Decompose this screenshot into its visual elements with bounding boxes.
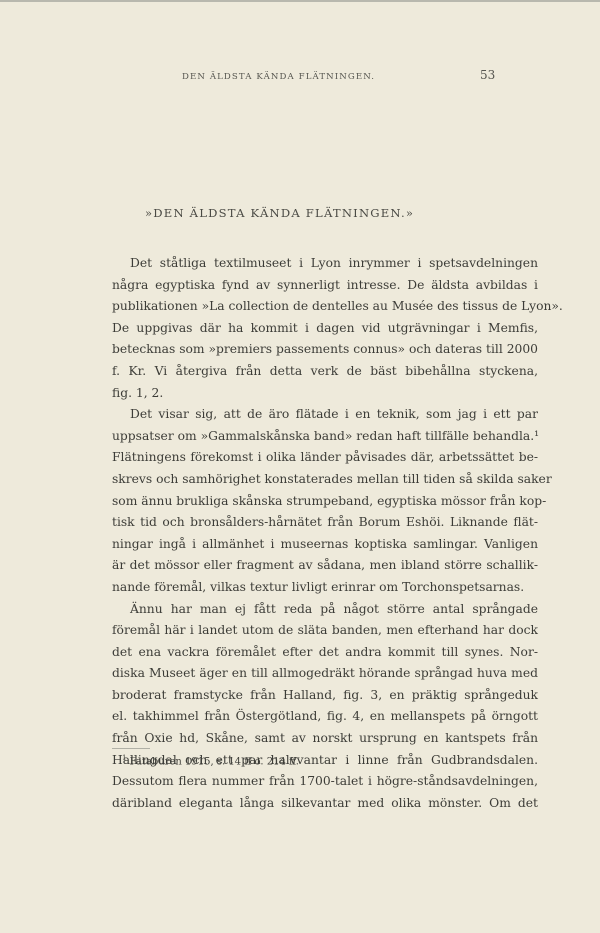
text-line: ningar ingå i allmänhet i museernas kopt… [112, 534, 538, 556]
paragraph-2: Det visar sig, att de äro flätade i en t… [112, 404, 538, 598]
text-line: från Oxie hd, Skåne, samt av norskt ursp… [112, 728, 538, 750]
text-line: Flätningens förekomst i olika länder påv… [112, 447, 538, 469]
text-line: uppsatser om »Gammalskånska band» redan … [112, 426, 538, 448]
body-text: Det ståtliga textilmuseet i Lyon inrymme… [112, 253, 538, 814]
text-line: diska Museet äger en till allmogedräkt h… [112, 663, 538, 685]
text-line: De uppgivas där ha kommit i dagen vid ut… [112, 318, 538, 340]
text-line: betecknas som »premiers passements connu… [112, 339, 538, 361]
footnote-divider [112, 748, 150, 749]
text-line: tisk tid och bronsålders-hårnätet från B… [112, 512, 538, 534]
text-line: el. takhimmel från Östergötland, fig. 4,… [112, 706, 538, 728]
page-number: 53 [480, 68, 495, 82]
text-line: några egyptiska fynd av synnerligt intre… [112, 275, 538, 297]
text-line: Ännu har man ej fått reda på något störr… [112, 599, 538, 621]
paragraph-1: Det ståtliga textilmuseet i Lyon inrymme… [112, 253, 538, 404]
text-line: broderat framstycke från Halland, fig. 3… [112, 685, 538, 707]
text-line: skrevs och samhörighet konstaterades mel… [112, 469, 538, 491]
text-line: publikationen »La collection de dentelle… [112, 296, 538, 318]
text-line: Dessutom flera nummer från 1700-talet i … [112, 771, 538, 793]
text-line: är det mössor eller fragment av sådana, … [112, 555, 538, 577]
text-line: som ännu brukliga skånska strumpeband, e… [112, 491, 538, 513]
chapter-title: »DEN ÄLDSTA KÄNDA FLÄTNINGEN.» [145, 206, 485, 220]
running-head-title: DEN ÄLDSTA KÄNDA FLÄTNINGEN. [182, 72, 375, 82]
text-line: fig. 1, 2. [112, 383, 538, 405]
footnote: 1 Fataburen 1915, s. 14 ff o. 214 ff. [122, 754, 299, 767]
text-line: det ena vackra föremålet efter det andra… [112, 642, 538, 664]
text-line: nande föremål, vilkas textur livligt eri… [112, 577, 538, 599]
text-line: Det visar sig, att de äro flätade i en t… [112, 404, 538, 426]
text-line: föremål här i landet utom de släta bande… [112, 620, 538, 642]
footnote-text: Fataburen 1915, s. 14 ff o. 214 ff. [130, 756, 299, 767]
footnote-marker: 1 [122, 754, 126, 762]
document-page: DEN ÄLDSTA KÄNDA FLÄTNINGEN. 53 »DEN ÄLD… [0, 0, 600, 933]
paragraph-3: Ännu har man ej fått reda på något störr… [112, 599, 538, 815]
text-line: däribland eleganta långa silkevantar med… [112, 793, 538, 815]
text-line: Det ståtliga textilmuseet i Lyon inrymme… [112, 253, 538, 275]
text-line: f. Kr. Vi återgiva från detta verk de bä… [112, 361, 538, 383]
